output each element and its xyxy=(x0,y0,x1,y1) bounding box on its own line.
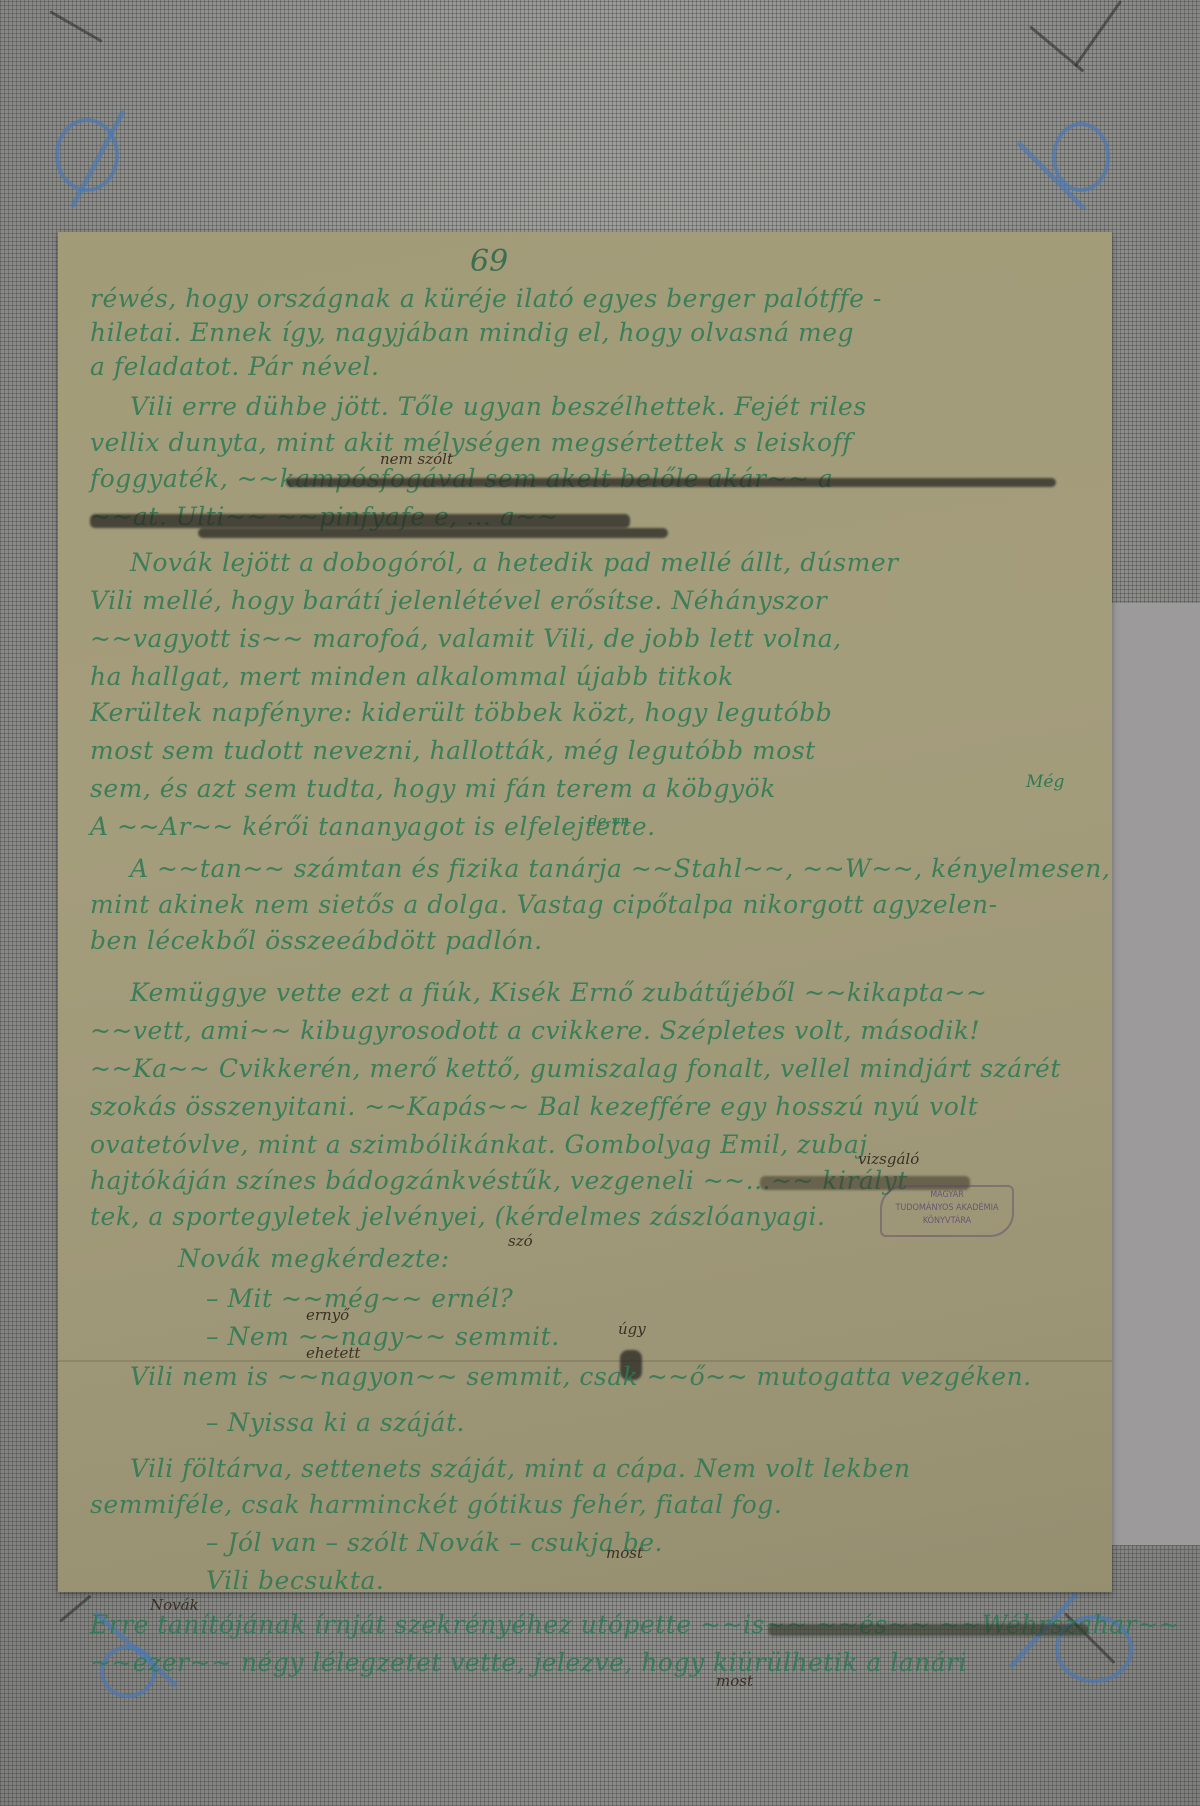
text-line: szokás összenyitani. ~~Kapás~~ Bal kezef… xyxy=(90,1092,978,1121)
text-line: Kerültek napfényre: kiderült többek közt… xyxy=(90,698,832,727)
text-line: Novák megkérdezte: xyxy=(178,1244,450,1273)
pencil-annotation: ehetett xyxy=(306,1344,360,1362)
stamp-line-2: TUDOMÁNYOS AKADÉMIA xyxy=(882,1202,1012,1215)
pencil-annotation: vizsgáló xyxy=(858,1150,919,1168)
text-line: Vili föltárva, settenets száját, mint a … xyxy=(130,1454,911,1483)
library-stamp: MAGYAR TUDOMÁNYOS AKADÉMIA KÖNYVTÁRA xyxy=(880,1185,1014,1237)
text-line: ~~vagyott is~~ marofoá, valamit Vili, de… xyxy=(90,624,842,653)
page-number: 69 xyxy=(470,244,508,279)
text-line: A ~~Ar~~ kérői tananyagot is elfelejtett… xyxy=(90,812,656,841)
stamp-line-1: MAGYAR xyxy=(882,1189,1012,1202)
text-line: sem, és azt sem tudta, hogy mi fán terem… xyxy=(90,774,776,803)
strikethrough xyxy=(286,478,1056,487)
text-line: most sem tudott nevezni, hallották, még … xyxy=(90,736,816,765)
text-line: ~~ezer~~ négy lélegzetet vette, jelezve,… xyxy=(90,1648,967,1677)
stamp-line-3: KÖNYVTÁRA xyxy=(882,1215,1012,1228)
text-line: réwés, hogy országnak a küréje ilató egy… xyxy=(90,284,882,313)
strikethrough xyxy=(198,528,668,538)
text-line: A ~~tan~~ számtan és fizika tanárja ~~St… xyxy=(130,854,1110,883)
text-line: Novák lejött a dobogóról, a hetedik pad … xyxy=(130,548,899,577)
pencil-annotation: szó xyxy=(508,1232,533,1250)
pencil-annotation: úgy xyxy=(618,1320,646,1338)
pencil-annotation: most xyxy=(606,1544,643,1562)
text-line: – Mit ~~még~~ ernél? xyxy=(206,1284,513,1313)
text-line: vellix dunyta, mint akit mélységen megsé… xyxy=(90,428,852,457)
manuscript-page: 69 réwés, hogy országnak a küréje ilató … xyxy=(58,232,1112,1592)
pencil-annotation: most xyxy=(716,1672,753,1690)
text-line: Vili nem is ~~nagyon~~ semmit, csak ~~ő~… xyxy=(130,1362,1032,1391)
pencil-annotation: nem szólt xyxy=(380,450,453,468)
text-line: Vili mellé, hogy barátí jelenlétével erő… xyxy=(90,586,827,615)
pencil-annotation: ernyő xyxy=(306,1306,349,1324)
text-line: a feladatot. Pár nével. xyxy=(90,352,380,381)
text-line: – Nem ~~nagy~~ semmit. xyxy=(206,1322,560,1351)
text-line: ovatetóvlve, mint a szimbólikánkat. Gomb… xyxy=(90,1130,868,1159)
text-line: Vili becsukta. xyxy=(206,1566,384,1595)
strikethrough xyxy=(90,514,630,528)
text-line: Vili erre dühbe jött. Tőle ugyan beszélh… xyxy=(130,392,867,421)
text-line: ha hallgat, mert minden alkalommal újabb… xyxy=(90,662,734,691)
text-line: ben lécekből összeeábdött padlón. xyxy=(90,926,543,955)
text-line: ~~Ka~~ Cvikkerén, merő kettő, gumiszalag… xyxy=(90,1054,1061,1083)
pencil-annotation: de-vn xyxy=(588,812,630,830)
strikethrough xyxy=(768,1624,1088,1636)
text-line: Kemüggye vette ezt a fiúk, Kisék Ernő zu… xyxy=(130,978,987,1007)
text-line: ~~vett, ami~~ kibugyrosodott a cvikkere.… xyxy=(90,1016,980,1045)
text-line: – Nyissa ki a száját. xyxy=(206,1408,465,1437)
text-line: hiletai. Ennek így, nagyjában mindig el,… xyxy=(90,318,854,347)
text-line: tek, a sportegyletek jelvényei, (kérdelm… xyxy=(90,1202,825,1231)
text-line: semmiféle, csak harminckét gótikus fehér… xyxy=(90,1490,782,1519)
margin-note: Még xyxy=(1026,772,1064,792)
text-line: – Jól van – szólt Novák – csukja be. xyxy=(206,1528,663,1557)
text-line: mint akinek nem sietős a dolga. Vastag c… xyxy=(90,890,998,919)
